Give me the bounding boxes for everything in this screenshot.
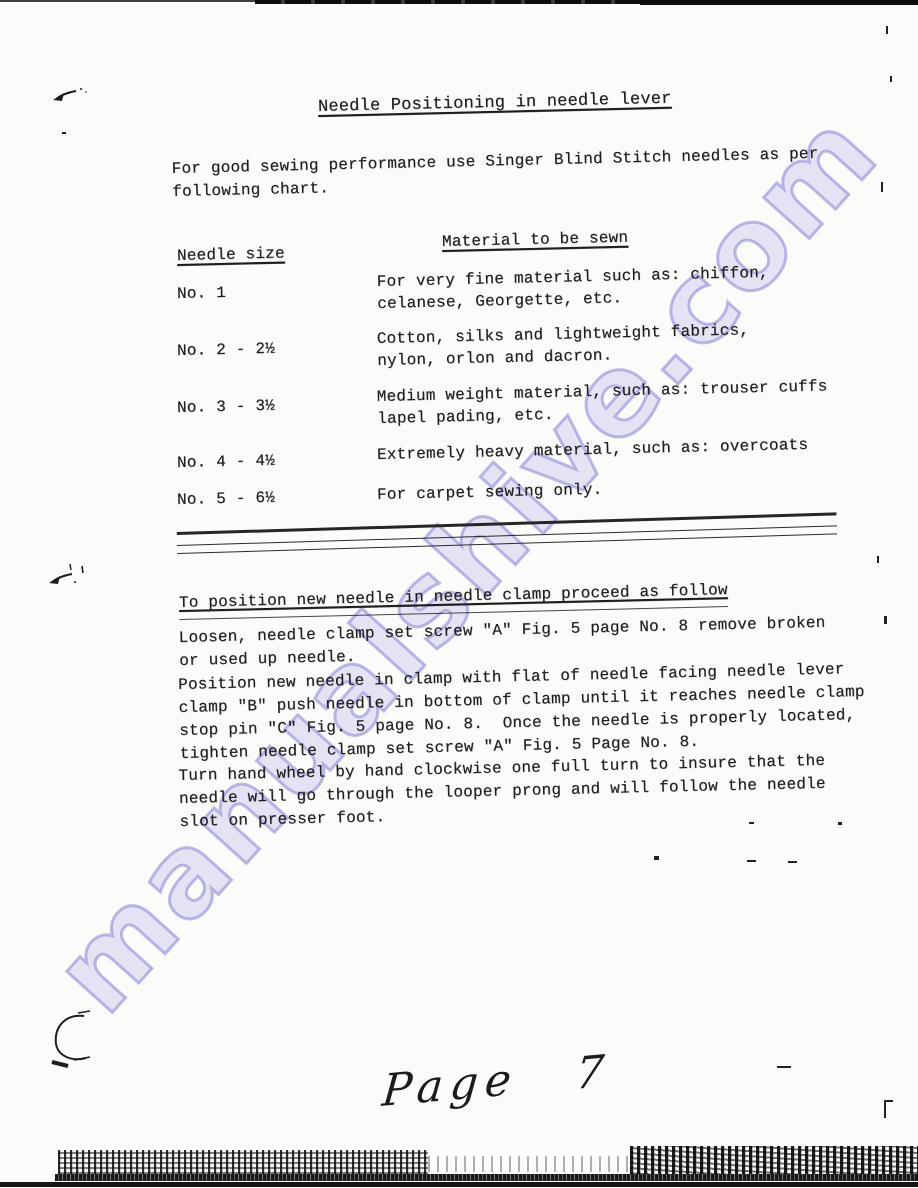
table-row-size: No. 1 — [177, 282, 227, 306]
ink-speck — [788, 861, 797, 863]
ink-speck — [884, 1100, 886, 1118]
table-row-material: Cotton, silks and lightweight fabrics, n… — [376, 319, 749, 372]
scan-artifact-top-edge — [640, 0, 918, 5]
ink-speck — [747, 860, 756, 862]
ink-speck — [886, 26, 888, 34]
procedure-paragraph: Turn hand wheel by hand clockwise one fu… — [178, 750, 826, 834]
ink-speck — [654, 856, 659, 860]
scan-noise-band — [428, 1156, 630, 1172]
handwritten-page-digit: 7 — [574, 1046, 606, 1100]
ink-speck — [777, 1066, 791, 1068]
ink-speck — [884, 1100, 893, 1102]
handwritten-page-number: Page7 — [380, 1046, 606, 1117]
ink-speck — [838, 822, 842, 825]
pen-scribble-mark — [44, 558, 88, 592]
table-row-material: For carpet sewing only. — [377, 479, 603, 506]
scan-noise-band — [55, 1174, 918, 1181]
pen-scribble-mark — [50, 80, 90, 108]
scanned-manual-page: manualshive.com Needle Positioning in ne… — [0, 0, 918, 1188]
table-row-material: Extremely heavy material, such as: overc… — [377, 434, 809, 466]
page-title: Needle Positioning in needle lever — [318, 88, 672, 119]
table-row-material: For very fine material such as: chiffon,… — [376, 262, 769, 315]
handwritten-page-word: Page — [380, 1054, 520, 1117]
intro-paragraph: For good sewing performance use Singer B… — [171, 143, 819, 204]
ink-speck — [62, 132, 66, 134]
ink-speck — [877, 556, 879, 563]
column-header-needle-size: Needle size — [177, 242, 285, 268]
ink-speck — [749, 822, 754, 824]
scan-noise-band — [630, 1146, 918, 1174]
table-row-size: No. 4 - 4½ — [177, 450, 276, 475]
table-row-size: No. 3 - 3½ — [177, 395, 276, 420]
ink-speck — [884, 616, 887, 624]
column-header-material: Material to be sewn — [442, 227, 629, 254]
section-divider — [177, 508, 837, 554]
procedure-paragraph: Position new needle in clamp with flat o… — [178, 658, 866, 766]
table-row-material: Medium weight material, such as: trouser… — [376, 375, 828, 430]
scan-noise-band — [58, 1150, 428, 1174]
procedure-heading: To position new needle in needle clamp p… — [179, 579, 728, 620]
ink-speck — [890, 76, 892, 82]
ink-speck — [881, 182, 883, 192]
table-row-size: No. 5 - 6½ — [177, 487, 276, 512]
table-row-size: No. 2 - 2½ — [177, 338, 276, 363]
pen-bracket-mark — [44, 1008, 114, 1072]
scan-artifact-bottom-edge — [0, 1182, 918, 1187]
